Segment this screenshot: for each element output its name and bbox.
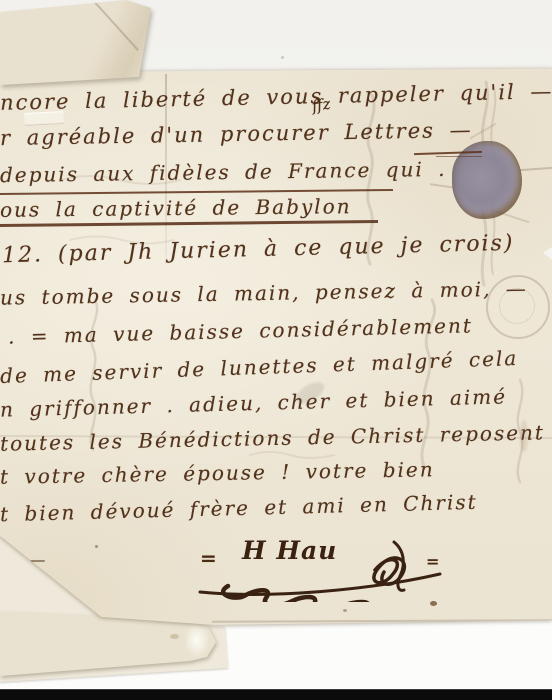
- scanned-letter-page: ncore la liberté de vous rappeler qu'il …: [0, 0, 552, 700]
- scanner-bed-white-band: [0, 596, 552, 690]
- scanner-background: [0, 0, 552, 700]
- scan-black-band: [0, 689, 552, 700]
- background-speck: [281, 56, 284, 59]
